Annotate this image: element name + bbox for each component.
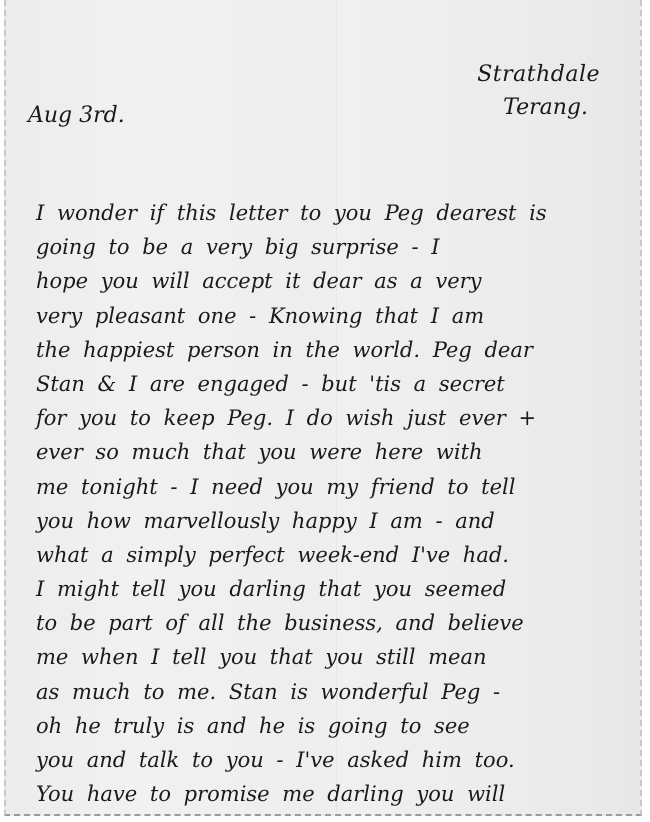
letter-date: Aug 3rd. (28, 103, 125, 128)
sender-address: Strathdale Terang. (477, 62, 600, 120)
address-line-2: Terang. (477, 95, 588, 120)
body-line: you how marvellously happy I am - and (36, 504, 636, 538)
body-line: Stan & I are engaged - but 'tis a secret (36, 367, 636, 401)
body-line: oh he truly is and he is going to see (36, 709, 636, 743)
body-line: as much to me. Stan is wonderful Peg - (36, 675, 636, 709)
address-line-1: Strathdale (477, 62, 600, 87)
body-line: to be part of all the business, and beli… (36, 606, 636, 640)
body-line: the happiest person in the world. Peg de… (36, 333, 636, 367)
letter-body: I wonder if this letter to you Peg deare… (36, 196, 636, 811)
body-line: for you to keep Peg. I do wish just ever… (36, 401, 636, 435)
letter-page: Strathdale Terang. Aug 3rd. I wonder if … (4, 0, 642, 816)
body-line: going to be a very big surprise - I (36, 230, 636, 264)
body-line: me when I tell you that you still mean (36, 640, 636, 674)
body-line: I might tell you darling that you seemed (36, 572, 636, 606)
body-line: You have to promise me darling you will (36, 777, 636, 811)
body-line: you and talk to you - I've asked him too… (36, 743, 636, 777)
body-line: hope you will accept it dear as a very (36, 264, 636, 298)
body-line: me tonight - I need you my friend to tel… (36, 470, 636, 504)
body-line: ever so much that you were here with (36, 435, 636, 469)
body-line: what a simply perfect week-end I've had. (36, 538, 636, 572)
body-line: very pleasant one - Knowing that I am (36, 299, 636, 333)
body-line: I wonder if this letter to you Peg deare… (36, 196, 636, 230)
